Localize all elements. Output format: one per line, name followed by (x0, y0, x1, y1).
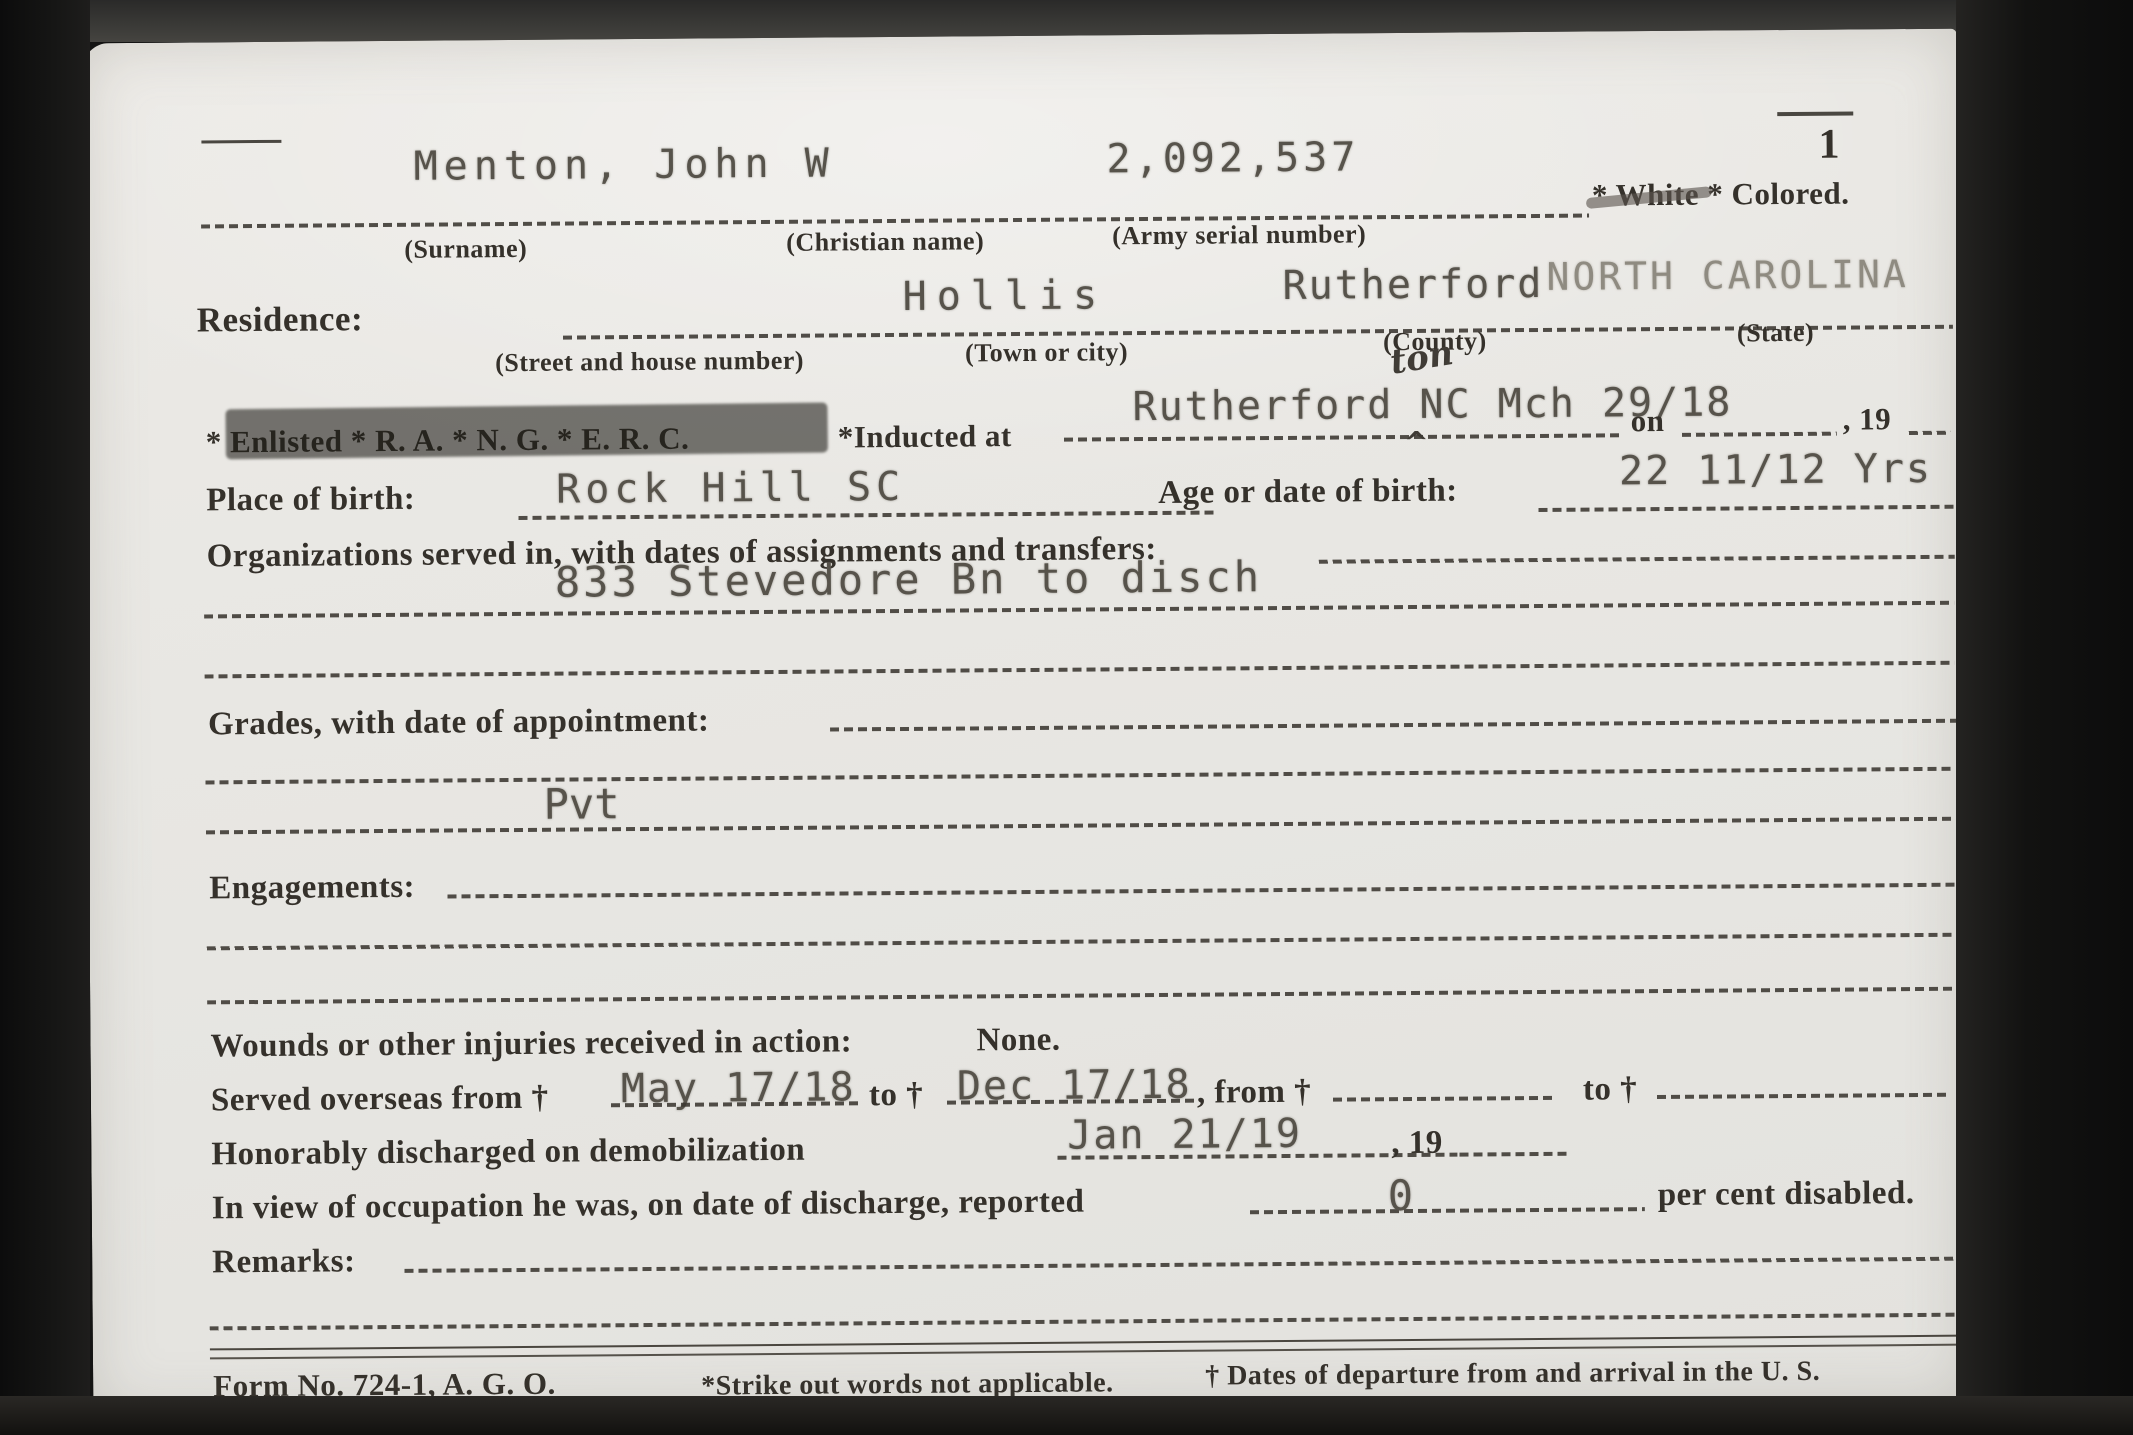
place-of-birth-value: Rock Hill SC (556, 467, 905, 510)
film-border-left (0, 0, 90, 1435)
dashed-line-blank-3 (205, 767, 1955, 785)
street-label: (Street and house number) (495, 348, 804, 376)
grades-label: Grades, with date of appointment: (208, 704, 710, 741)
dashed-line-on (1682, 432, 1837, 437)
state-label: (State) (1737, 320, 1814, 347)
race-option-white: * White (1592, 179, 1699, 211)
grade-value: Pvt (543, 783, 619, 826)
footer-rule-line (210, 1335, 1960, 1360)
overseas-from2-label: , from † (1197, 1076, 1312, 1110)
dashed-line-blank-6 (207, 987, 1957, 1005)
dashed-line-disability (1250, 1207, 1645, 1214)
overseas-from-label: Served overseas from † (211, 1082, 549, 1118)
dashed-line-blank-5 (207, 933, 1957, 951)
dashed-line-blank-2 (205, 661, 1955, 679)
residence-town-value: Hollis (903, 275, 1108, 317)
army-serial-label: (Army serial number) (1112, 221, 1366, 249)
dashed-line-remarks (404, 1257, 1960, 1273)
handwritten-caret: ^ (1404, 429, 1429, 459)
discharge-year-label: , 19 (1391, 1127, 1443, 1160)
disability-label: In view of occupation he was, on date of… (212, 1186, 1085, 1226)
residence-state-value: NORTH CAROLINA (1546, 255, 1909, 296)
wounds-label: Wounds or other injuries received in act… (210, 1025, 852, 1063)
discharge-date: Jan 21/19 (1067, 1114, 1302, 1156)
organizations-value: 833 Stevedore Bn to disch (555, 556, 1262, 604)
redaction-bar (225, 402, 828, 459)
dashed-line-bottom (210, 1313, 1960, 1331)
dashed-line-engagements (447, 883, 1957, 899)
town-label: (Town or city) (965, 339, 1128, 366)
dashed-line-discharge-year (1459, 1152, 1567, 1157)
disability-value: 0 (1388, 1175, 1414, 1217)
film-border-bottom (0, 1396, 2133, 1435)
film-border-right (1956, 0, 2133, 1435)
remarks-label: Remarks: (212, 1245, 356, 1279)
dashed-line-organizations (1319, 555, 1955, 564)
surname-label: (Surname) (404, 236, 527, 263)
scanned-service-card: Menton, John W 2,092,537 1 * White * Col… (0, 0, 2133, 1435)
discharge-label: Honorably discharged on demobilization (211, 1134, 805, 1172)
age-label: Age or date of birth: (1158, 475, 1458, 510)
residence-county-value: Rutherford (1282, 264, 1543, 306)
surname-value: Menton, John W (413, 143, 834, 186)
dashed-line-age (1538, 505, 1964, 512)
inducted-at-label: *Inducted at (838, 420, 1012, 452)
race-line: * White * Colored. (1592, 178, 1850, 211)
top-left-mark-line (201, 140, 281, 144)
race-option-colored: * Colored. (1707, 176, 1849, 212)
footnote-dagger: † Dates of departure from and arrival in… (1205, 1358, 1820, 1391)
dashed-line-blank-4 (206, 817, 1956, 835)
dashed-line-grades (830, 719, 1956, 732)
percent-disabled-label: per cent disabled. (1658, 1177, 1915, 1212)
overseas-to-label: to † (869, 1079, 924, 1112)
handwritten-insertion-ton: ton (1388, 336, 1456, 380)
residence-label: Residence: (197, 301, 364, 337)
dashed-line-induction-year (1909, 431, 1951, 435)
dashed-line-overseas-to2 (1657, 1093, 1947, 1099)
christian-name-label: (Christian name) (786, 228, 984, 256)
on-label: on (1631, 405, 1665, 436)
service-record-card: Menton, John W 2,092,537 1 * White * Col… (83, 29, 1968, 1416)
page-number-line (1777, 111, 1853, 116)
place-of-birth-label: Place of birth: (206, 483, 415, 518)
dashed-line-overseas-from2 (1333, 1096, 1555, 1102)
engagements-label: Engagements: (209, 871, 415, 906)
dashed-line-blank-1 (204, 601, 1954, 619)
wounds-value: None. (976, 1024, 1060, 1058)
dashed-line-inducted (1064, 433, 1622, 441)
induction-year-label: , 19 (1843, 403, 1892, 434)
age-value: 22 11/12 Yrs (1619, 449, 1932, 491)
overseas-to2-label: to † (1583, 1073, 1638, 1106)
page-number: 1 (1818, 124, 1840, 166)
serial-number-value: 2,092,537 (1106, 137, 1359, 179)
